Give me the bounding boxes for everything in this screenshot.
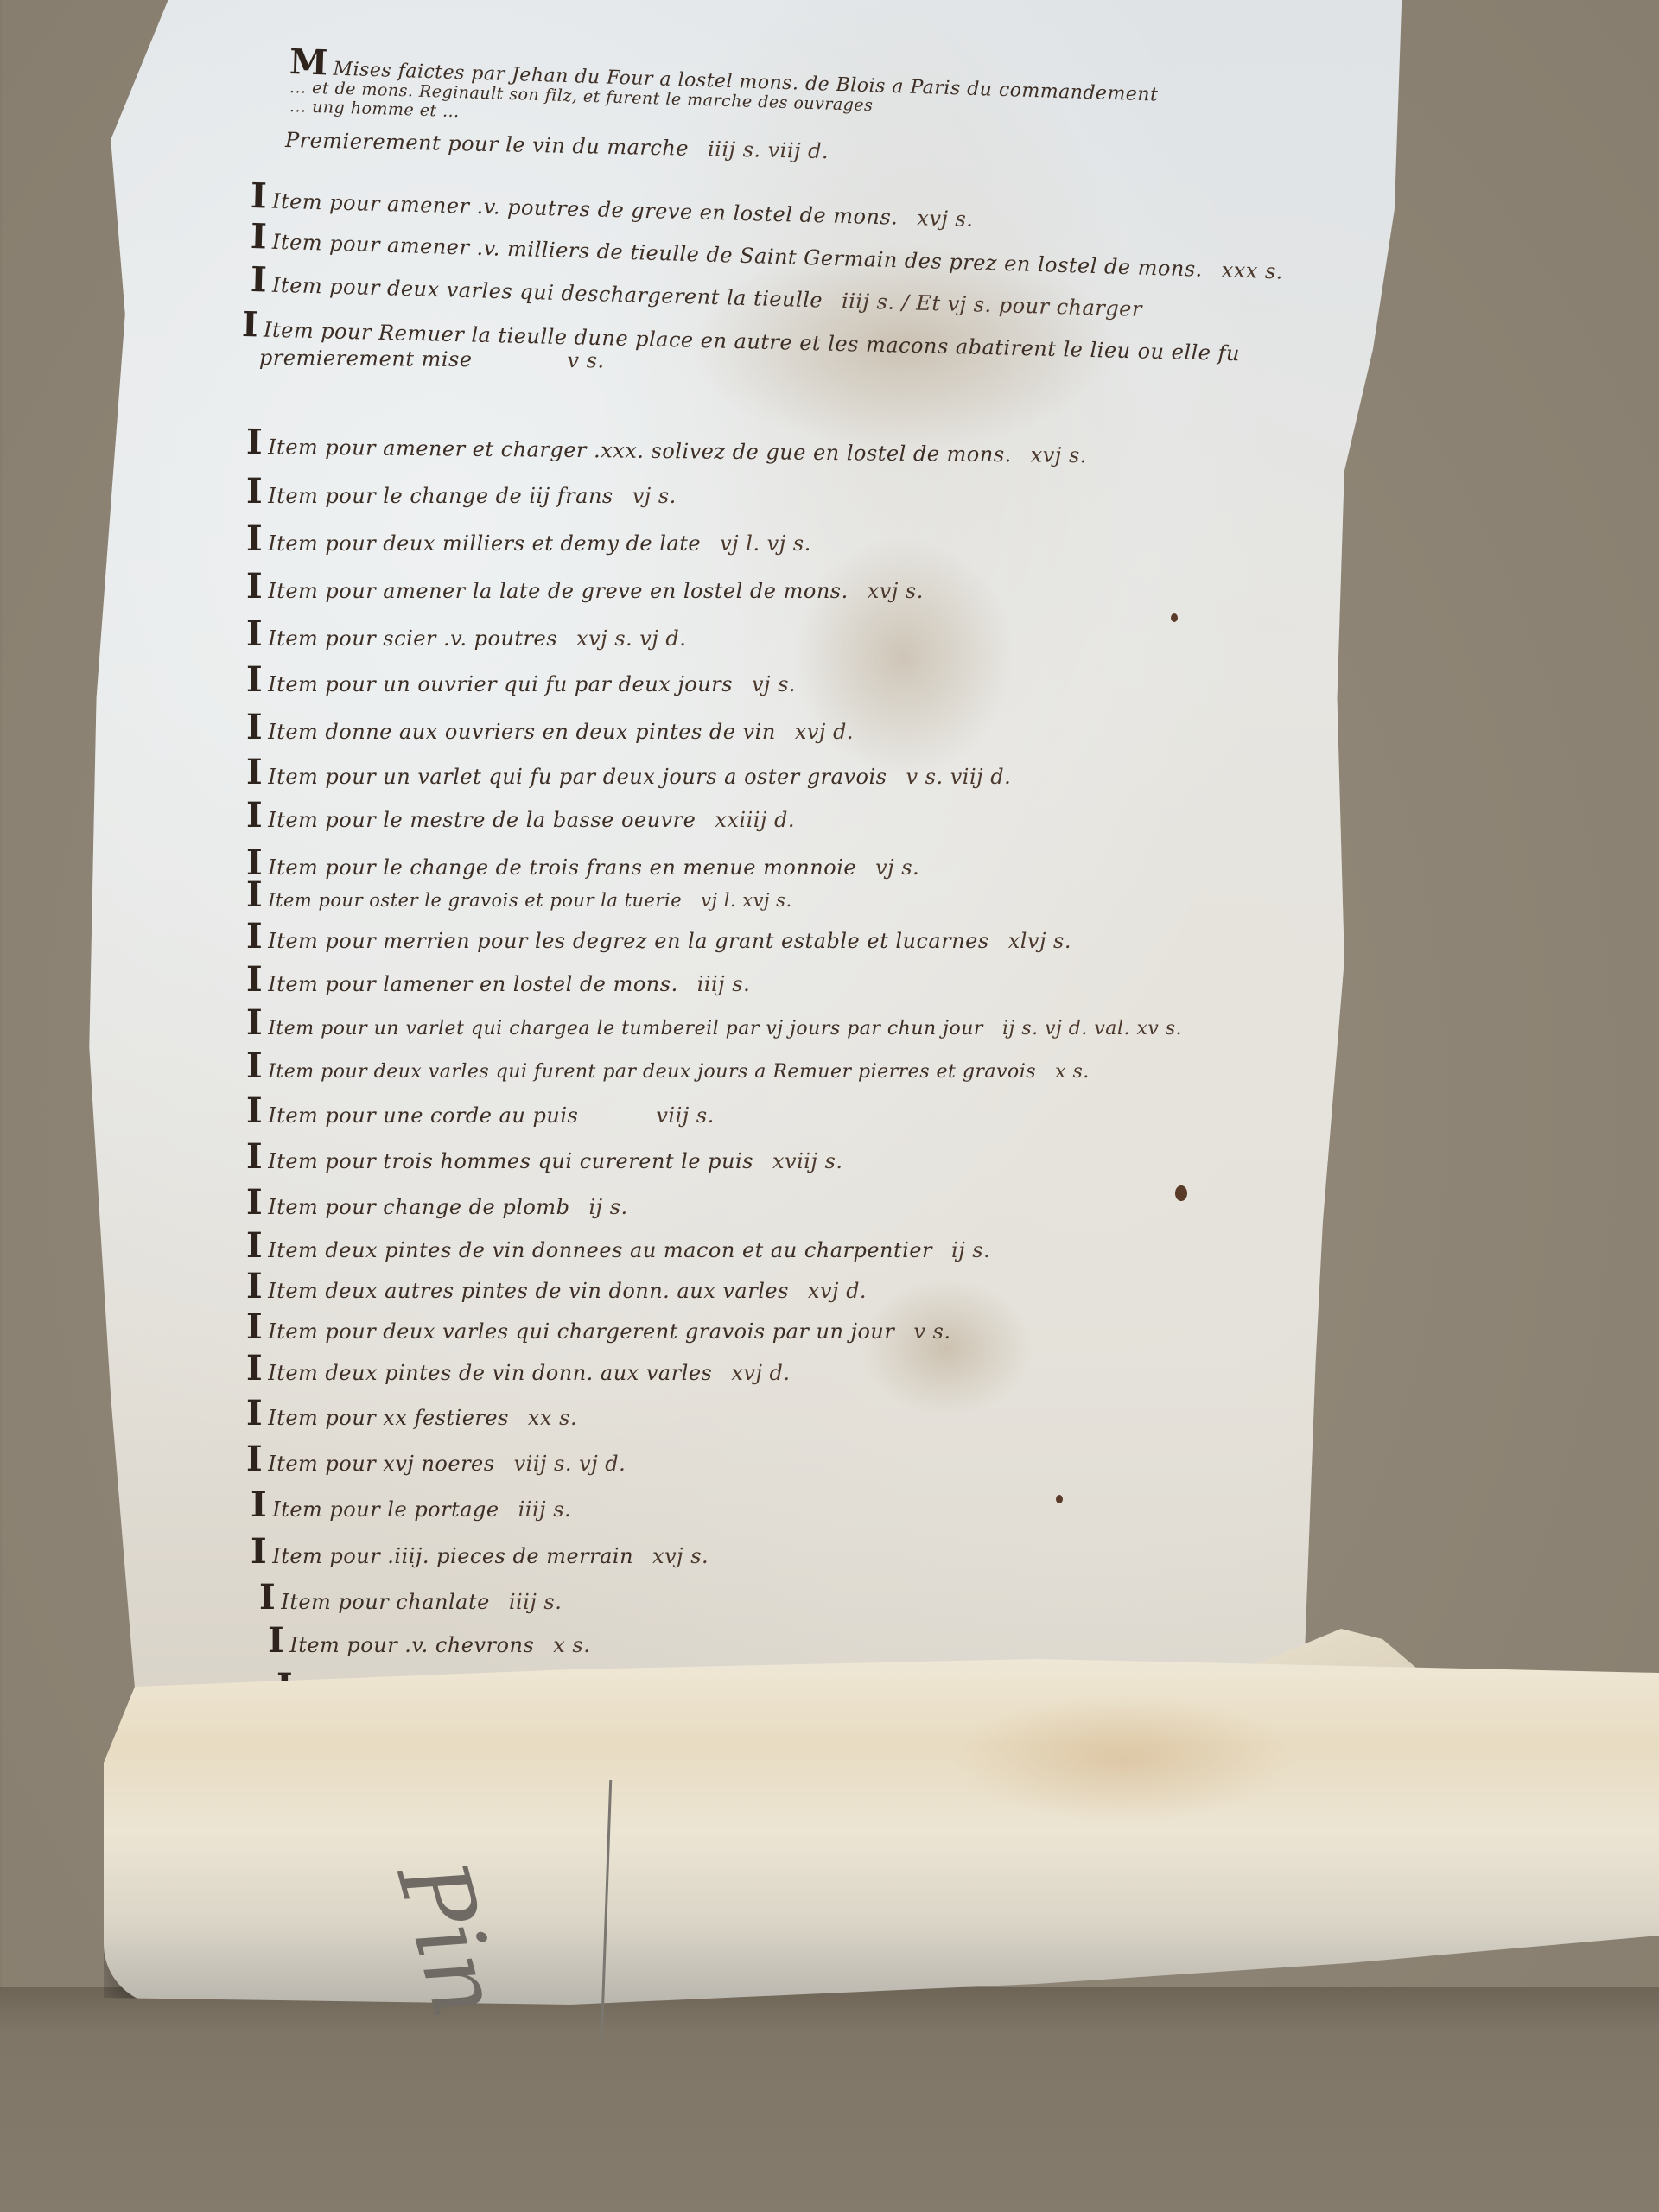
line-amount: xvj s. <box>917 206 974 232</box>
line-amount: xvj s. <box>1031 443 1087 468</box>
account-line: IItem pour le mestre de la basse oeuvrex… <box>246 795 795 836</box>
line-amount: viij s. <box>656 1103 714 1128</box>
line-text: Item pour .v. chevrons <box>289 1633 534 1657</box>
account-line: IItem deux pintes de vin donnees au maco… <box>246 1225 990 1266</box>
line-amount: x s. <box>1055 1061 1090 1083</box>
decorated-initial: I <box>246 1393 263 1433</box>
line-text: Item pour chanlate <box>281 1590 490 1614</box>
decorated-initial: M <box>289 41 328 83</box>
line-amount: xvj d. <box>795 720 854 744</box>
decorated-initial: I <box>268 1620 284 1661</box>
line-text: Item pour .iiij. pieces de merrain <box>272 1544 633 1568</box>
line-amount: iiij s. <box>509 1590 563 1614</box>
line-amount: xvj d. <box>731 1361 790 1385</box>
line-text: Item pour un varlet qui fu par deux jour… <box>268 765 887 789</box>
roll-stain <box>950 1694 1296 1823</box>
line-amount: xviij s. <box>772 1149 842 1173</box>
decorated-initial: I <box>251 1531 267 1572</box>
line-text: Item pour un ouvrier qui fu par deux jou… <box>268 672 733 696</box>
line-text: Item pour change de plomb <box>268 1195 569 1219</box>
line-text: Item pour amener et charger .xxx. solive… <box>268 435 1012 467</box>
line-text: Item deux pintes de vin donn. aux varles <box>268 1361 712 1385</box>
decorated-initial: I <box>246 1266 263 1306</box>
line-amount: vj l. vj s. <box>720 531 811 556</box>
line-text: Item deux autres pintes de vin donn. aux… <box>268 1279 789 1303</box>
account-line: IItem pour merrien pour les degrez en la… <box>246 916 1071 957</box>
decorated-initial: I <box>251 1484 267 1525</box>
account-line: premierement misev s. <box>259 346 605 372</box>
line-amount: xxx s. <box>1221 257 1283 283</box>
account-line: IItem pour .iiij. pieces de merrainxvj s… <box>251 1531 709 1572</box>
account-line: IItem pour un ouvrier qui fu par deux jo… <box>246 659 796 700</box>
line-text: Item pour scier .v. poutres <box>268 626 557 651</box>
account-line: IItem pour scier .v. poutresxvj s. vj d. <box>246 613 686 654</box>
decorated-initial: I <box>246 471 263 512</box>
decorated-initial: I <box>246 795 263 836</box>
decorated-initial: I <box>246 422 264 462</box>
line-text: premierement mise <box>259 346 473 372</box>
account-line: IItem pour deux milliers et demy de late… <box>246 518 811 559</box>
account-line: Premierement pour le vin du marcheiiij s… <box>285 128 829 163</box>
line-text: Item pour le mestre de la basse oeuvre <box>268 808 696 832</box>
line-text: Item pour deux milliers et demy de late <box>268 531 701 556</box>
line-text: Item pour le portage <box>272 1497 499 1522</box>
decorated-initial: I <box>246 1046 263 1086</box>
decorated-initial: I <box>246 1182 263 1223</box>
line-amount: v s. <box>567 348 604 372</box>
line-text: Item pour le change de iij frans <box>268 484 613 508</box>
line-text: Item pour xx festieres <box>268 1406 509 1430</box>
line-amount: v s. viij d. <box>906 765 1011 789</box>
line-text: Item pour xvj noeres <box>268 1452 494 1476</box>
account-line: IItem pour chanlateiiij s. <box>259 1577 562 1618</box>
account-line: IItem deux pintes de vin donn. aux varle… <box>246 1348 791 1389</box>
line-amount: ij s. <box>951 1238 990 1262</box>
line-text: Item pour lamener en lostel de mons. <box>268 972 677 996</box>
decorated-initial: I <box>246 1225 263 1266</box>
decorated-initial: I <box>241 304 258 345</box>
decorated-initial: I <box>250 216 268 257</box>
line-amount: xxiiij d. <box>715 808 795 832</box>
line-text: Item pour une corde au puis <box>268 1103 578 1128</box>
line-amount: iiij s. viij d. <box>708 137 829 163</box>
account-line: IItem pour .v. chevronsx s. <box>268 1620 590 1661</box>
line-amount: xlvj s. <box>1008 929 1071 953</box>
line-amount: vj s. <box>632 484 677 508</box>
decorated-initial: I <box>259 1577 276 1618</box>
account-line: IItem pour amener la late de greve en lo… <box>246 566 924 607</box>
decorated-initial: I <box>246 659 263 700</box>
account-line: IItem pour un varlet qui fu par deux jou… <box>246 752 1011 792</box>
account-line: IItem pour xvj noeresviij s. vj d. <box>246 1439 626 1479</box>
account-line: IItem pour oster le gravois et pour la t… <box>246 874 792 915</box>
line-text: Item pour trois hommes qui curerent le p… <box>268 1149 753 1173</box>
line-amount: xvj s. vj d. <box>576 626 686 651</box>
line-text: Item donne aux ouvriers en deux pintes d… <box>268 720 776 744</box>
account-line: IItem pour amener et charger .xxx. soliv… <box>246 422 1087 471</box>
account-line: IItem pour le portageiiij s. <box>251 1484 571 1525</box>
line-text: Item pour un varlet qui chargea le tumbe… <box>268 1018 983 1039</box>
rolled-parchment <box>104 1659 1659 2005</box>
line-amount: ij s. <box>588 1195 627 1219</box>
line-amount: v s. <box>913 1319 950 1344</box>
line-amount: ij s. vj d. val. xv s. <box>1002 1018 1182 1039</box>
line-text: Item pour deux varles qui chargerent gra… <box>268 1319 894 1344</box>
decorated-initial: I <box>246 1348 263 1389</box>
line-amount: iiij s. / Et vj s. pour charger <box>842 289 1143 321</box>
decorated-initial: I <box>246 707 263 747</box>
line-text: Item pour merrien pour les degrez en la … <box>268 929 988 953</box>
line-text: Premierement pour le vin du marche <box>285 128 690 161</box>
line-amount: vj s. <box>752 672 796 696</box>
decorated-initial: I <box>246 874 263 915</box>
account-line: IItem deux autres pintes de vin donn. au… <box>246 1266 867 1306</box>
decorated-initial: I <box>246 613 263 654</box>
decorated-initial: I <box>250 175 267 216</box>
line-amount: vj l. xvj s. <box>701 890 791 911</box>
decorated-initial: I <box>246 1002 263 1043</box>
decorated-initial: I <box>246 1439 263 1479</box>
line-amount: xvj s. <box>652 1544 709 1568</box>
line-amount: x s. <box>553 1633 590 1657</box>
line-amount: vj s. <box>875 855 919 880</box>
line-amount: xvj s. <box>868 579 924 603</box>
line-amount: iiij s. <box>518 1497 572 1522</box>
line-amount: iiij s. <box>697 972 751 996</box>
line-text: Item deux pintes de vin donnees au macon… <box>268 1238 932 1262</box>
account-line: IItem pour le change de iij fransvj s. <box>246 471 677 512</box>
account-line: IItem pour change de plombij s. <box>246 1182 628 1223</box>
decorated-initial: I <box>246 959 263 1000</box>
account-line: IItem pour une corde au puisviij s. <box>246 1090 715 1131</box>
account-line: IItem pour deux varles qui chargerent gr… <box>246 1306 950 1347</box>
decorated-initial: I <box>246 1090 263 1131</box>
line-amount: viij s. vj d. <box>514 1452 626 1476</box>
decorated-initial: I <box>246 916 263 957</box>
account-line: IItem pour un varlet qui chargea le tumb… <box>246 1002 1182 1043</box>
line-amount: xvj d. <box>808 1279 867 1303</box>
account-line: IItem pour trois hommes qui curerent le … <box>246 1136 842 1177</box>
line-text: Item pour amener la late de greve en los… <box>268 579 849 603</box>
account-line: IItem pour xx festieresxx s. <box>246 1393 577 1433</box>
line-text: Item pour oster le gravois et pour la tu… <box>268 890 682 911</box>
decorated-initial: I <box>250 259 268 301</box>
decorated-initial: I <box>246 566 263 607</box>
line-amount: xx s. <box>528 1406 577 1430</box>
decorated-initial: I <box>246 518 263 559</box>
decorated-initial: I <box>246 752 263 792</box>
line-text: Item pour deux varles qui furent par deu… <box>268 1061 1036 1083</box>
account-line: IItem pour deux varles qui furent par de… <box>246 1046 1090 1086</box>
decorated-initial: I <box>246 1306 263 1347</box>
account-line: IItem pour lamener en lostel de mons.iii… <box>246 959 750 1000</box>
account-line: IItem donne aux ouvriers en deux pintes … <box>246 707 854 747</box>
decorated-initial: I <box>246 1136 263 1177</box>
